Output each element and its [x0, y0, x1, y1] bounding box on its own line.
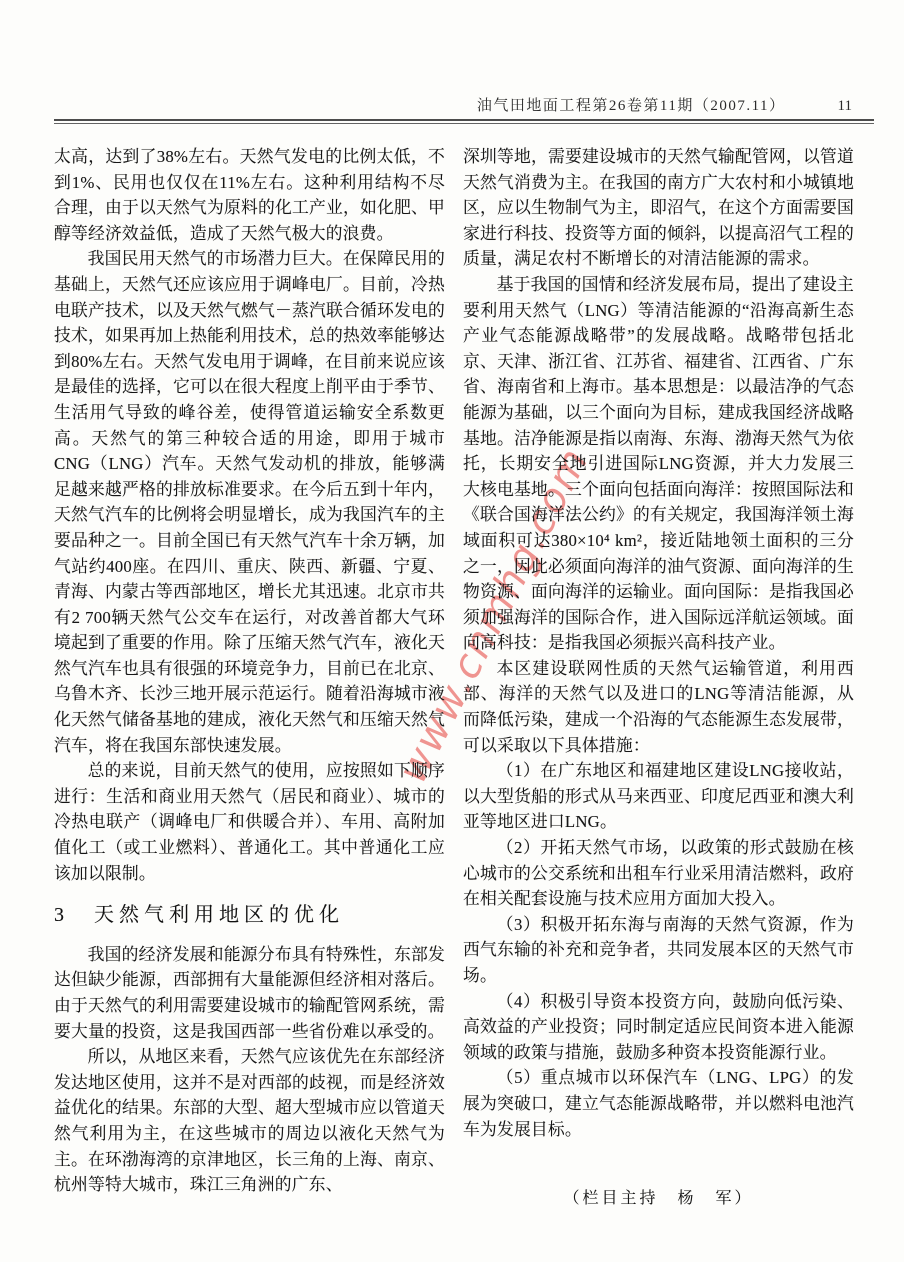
paragraph: 总的来说，目前天然气的使用，应按照如下顺序进行：生活和商业用天然气（居民和商业）…: [54, 758, 445, 886]
scanned-journal-page: 油气田地面工程第26卷第11期（2007.11） 11 www.cnmhg.co…: [0, 0, 904, 1262]
measure-item: （1）在广东地区和福建地区建设LNG接收站，以大型货船的形式从马来西亚、印度尼西…: [463, 758, 854, 835]
measure-item: （3）积极开拓东海与南海的天然气资源，作为西气东输的补充和竞争者，共同发展本区的…: [463, 912, 854, 989]
paragraph: 我国民用天然气的市场潜力巨大。在保障民用的基础上，天然气还应该应用于调峰电厂。目…: [54, 246, 445, 758]
running-head: 油气田地面工程第26卷第11期（2007.11） 11: [54, 94, 852, 115]
measure-item: （2）开拓天然气市场，以政策的形式鼓励在核心城市的公交系统和出租车行业采用清洁燃…: [463, 835, 854, 912]
measure-item: （4）积极引导资本投资方向，鼓励向低污染、高效益的产业投资；同时制定适应民间资本…: [463, 989, 854, 1066]
page-number: 11: [838, 98, 852, 115]
paragraph: 本区建设联网性质的天然气运输管道，利用西部、海洋的天然气以及进口的LNG等清洁能…: [463, 656, 854, 758]
journal-title: 油气田地面工程第26卷第11期（2007.11）: [477, 94, 786, 115]
section-heading: 3 天然气利用地区的优化: [54, 903, 445, 929]
measure-item: （5）重点城市以环保汽车（LNG、LPG）的发展为突破口，建立气态能源战略带，并…: [463, 1065, 854, 1142]
column-editor-credit: （栏目主持 杨 军）: [463, 1186, 854, 1212]
paragraph: 深圳等地，需要建设城市的天然气输配管网，以管道天然气消费为主。在我国的南方广大农…: [463, 144, 854, 272]
right-column: 深圳等地，需要建设城市的天然气输配管网，以管道天然气消费为主。在我国的南方广大农…: [463, 144, 854, 1262]
paragraph: 基于我国的国情和经济发展布局，提出了建设主要利用天然气（LNG）等清洁能源的“沿…: [463, 272, 854, 656]
paragraph: 我国的经济发展和能源分布具有特殊性，东部发达但缺少能源，西部拥有大量能源但经济相…: [54, 942, 445, 1044]
left-column: 太高，达到了38%左右。天然气发电的比例太低，不到1%、民用也仅仅在11%左右。…: [54, 144, 445, 1262]
paragraph: 太高，达到了38%左右。天然气发电的比例太低，不到1%、民用也仅仅在11%左右。…: [54, 144, 445, 246]
header-rule: [54, 119, 874, 124]
paragraph: 所以，从地区来看，天然气应该优先在东部经济发达地区使用，这并不是对西部的歧视，而…: [54, 1044, 445, 1198]
two-column-body: 太高，达到了38%左右。天然气发电的比例太低，不到1%、民用也仅仅在11%左右。…: [54, 144, 854, 1262]
